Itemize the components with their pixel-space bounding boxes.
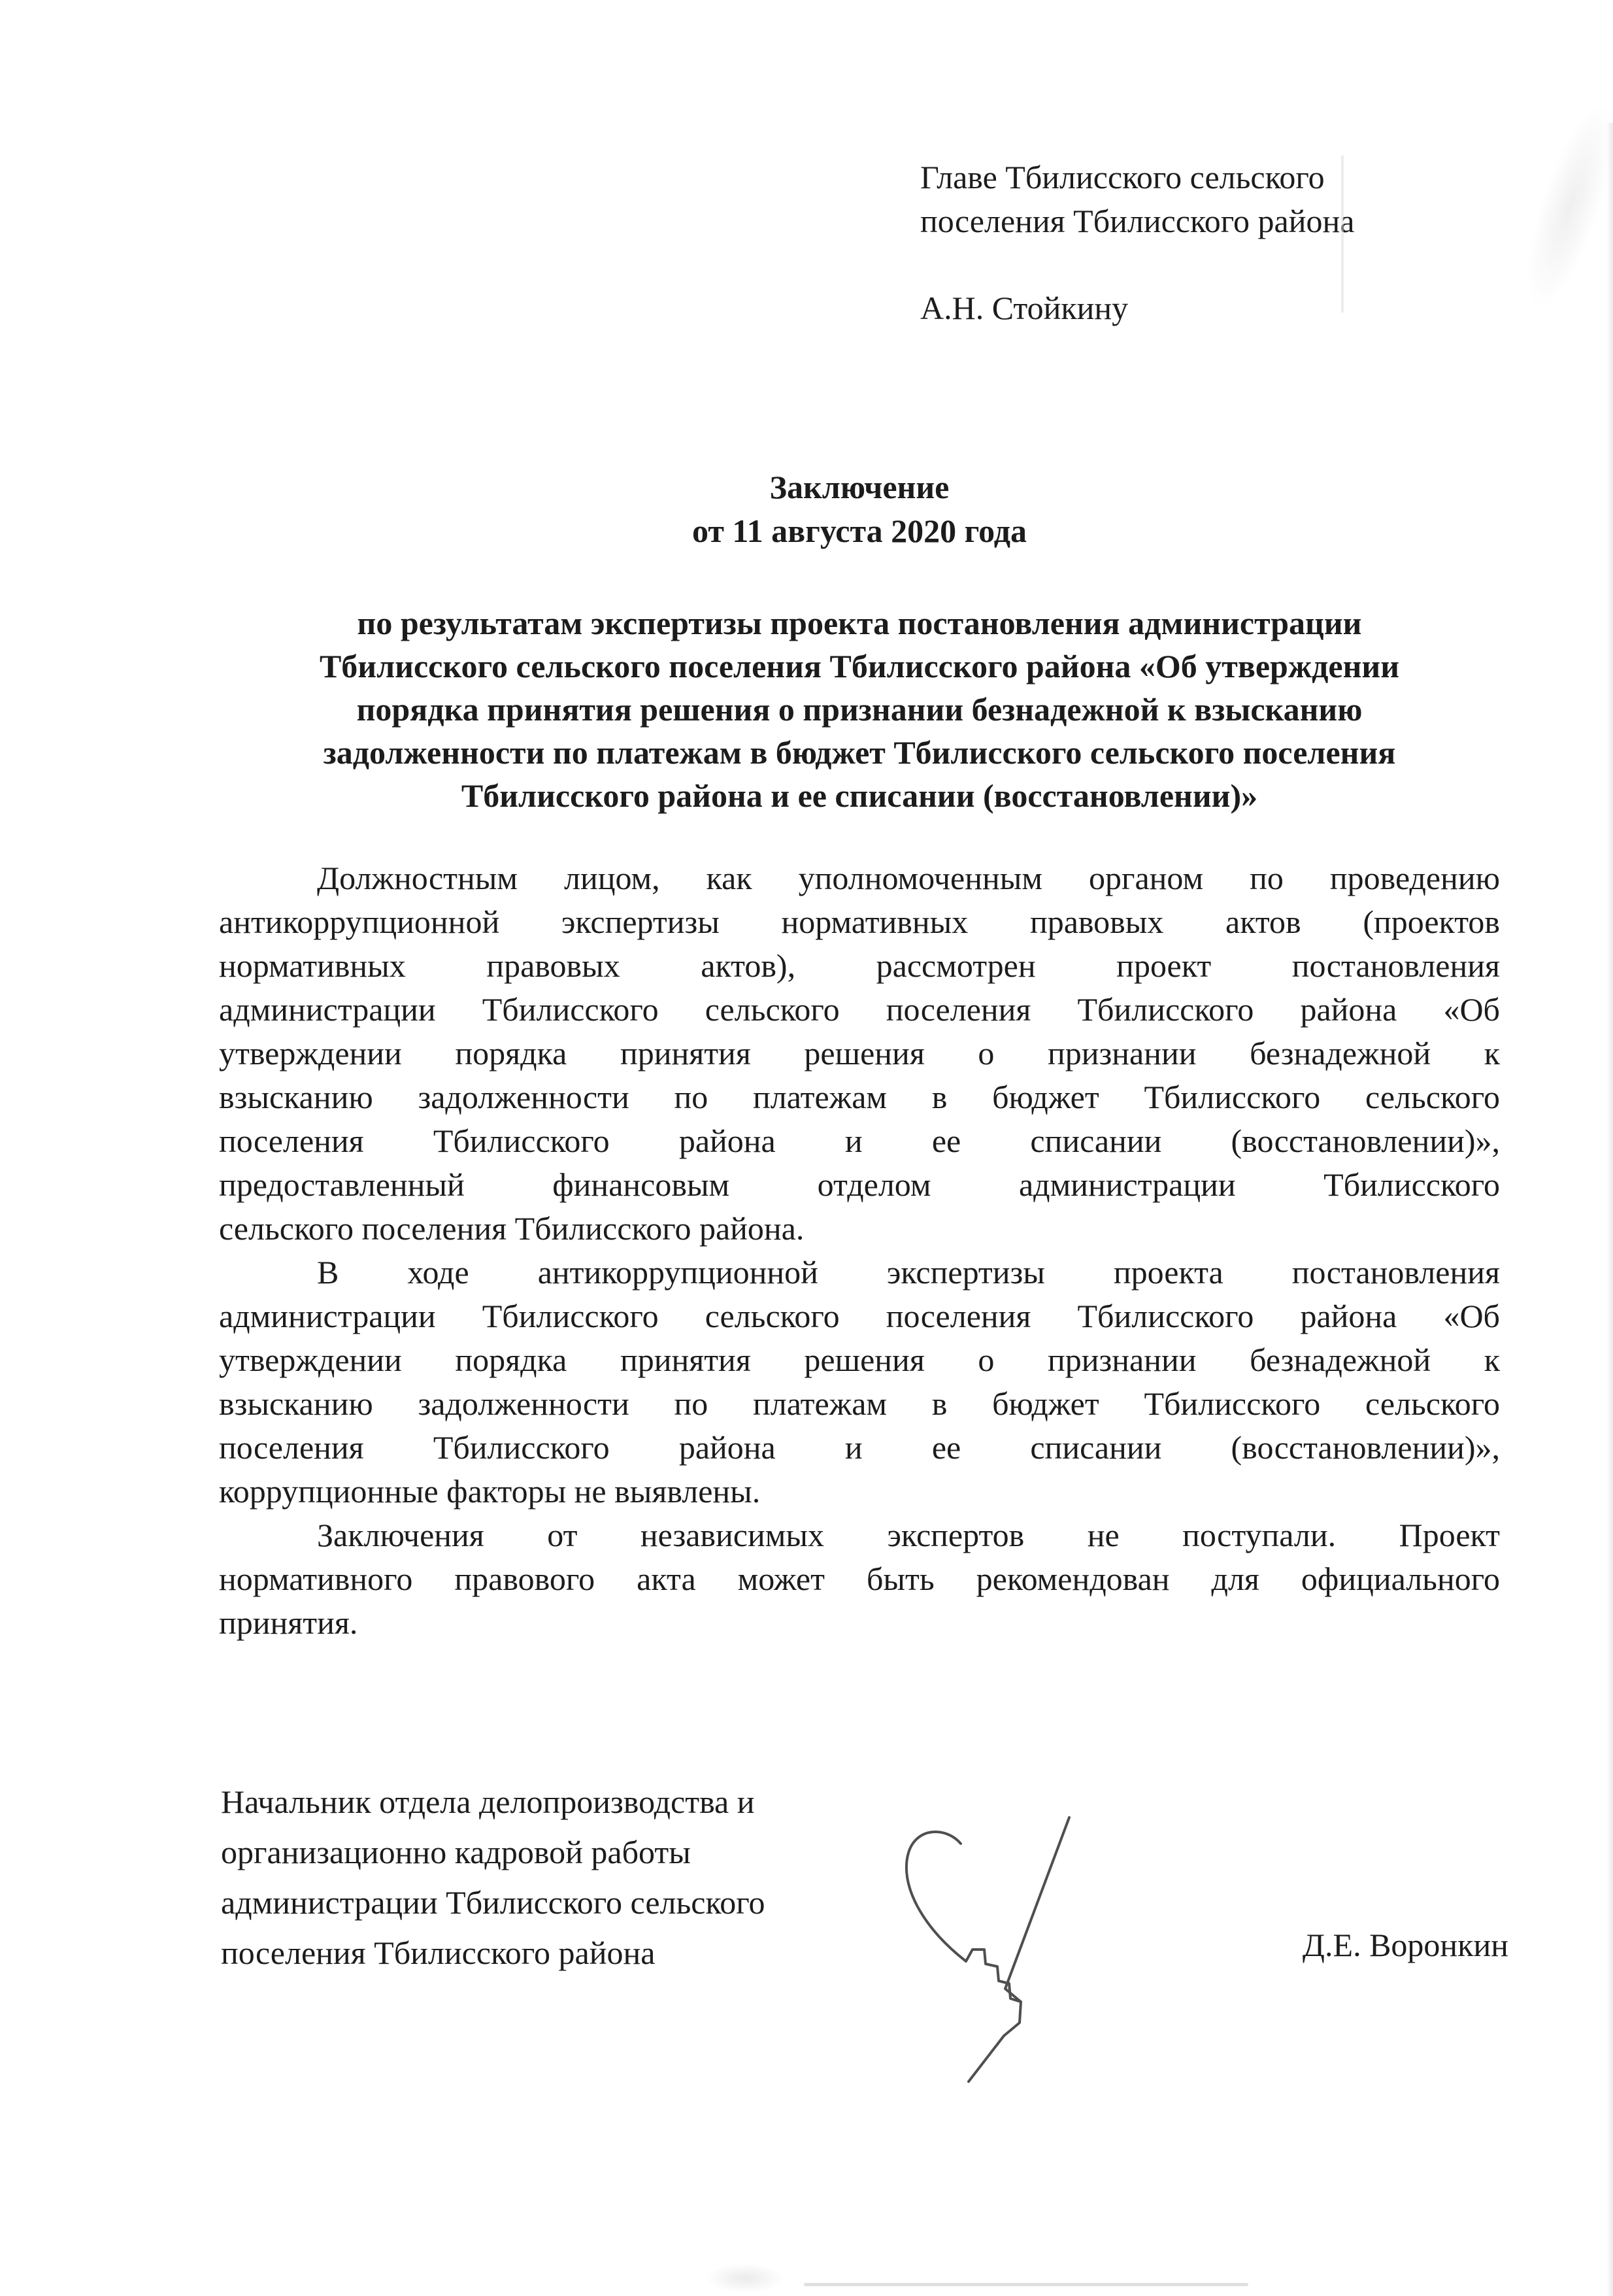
subject-paragraph: по результатам экспертизы проекта постан… bbox=[219, 601, 1500, 817]
signatory-position-line: организационно кадровой работы bbox=[221, 1827, 765, 1878]
body-line: утверждении порядка принятия решения о п… bbox=[219, 1032, 1500, 1075]
scan-artifact-corner bbox=[1509, 94, 1613, 318]
document-title: Заключение от 11 августа 2020 года bbox=[219, 465, 1500, 553]
recipient-line: Главе Тбилисского сельского bbox=[920, 156, 1354, 199]
body-line: взысканию задолженности по платежам в бю… bbox=[219, 1075, 1500, 1119]
scan-artifact-bottom-line bbox=[804, 2283, 1248, 2286]
body-text: Должностным лицом, как уполномоченным ор… bbox=[219, 856, 1500, 1645]
body-line: администрации Тбилисского сельского посе… bbox=[219, 1294, 1500, 1338]
signatory-name: Д.Е. Воронкин bbox=[1303, 1923, 1508, 1967]
body-line: Заключения от независимых экспертов не п… bbox=[219, 1513, 1500, 1557]
scan-artifact-smudge bbox=[706, 2263, 784, 2293]
body-line: антикоррупционной экспертизы нормативных… bbox=[219, 900, 1500, 944]
body-line: принятия. bbox=[219, 1601, 1500, 1645]
body-line: Должностным лицом, как уполномоченным ор… bbox=[219, 856, 1500, 900]
body-line: взысканию задолженности по платежам в бю… bbox=[219, 1382, 1500, 1426]
title-date: от 11 августа 2020 года bbox=[219, 509, 1500, 553]
recipient-addressee: А.Н. Стойкину bbox=[920, 286, 1354, 330]
subject-line: по результатам экспертизы проекта постан… bbox=[219, 601, 1500, 645]
body-line: сельского поселения Тбилисского района. bbox=[219, 1207, 1500, 1251]
body-line: утверждении порядка принятия решения о п… bbox=[219, 1338, 1500, 1382]
body-line: администрации Тбилисского сельского посе… bbox=[219, 988, 1500, 1032]
recipient-line: поселения Тбилисского района bbox=[920, 199, 1354, 243]
handwritten-signature-icon bbox=[869, 1793, 1105, 2087]
subject-line: порядка принятия решения о признании без… bbox=[219, 688, 1500, 731]
signatory-position-line: Начальник отдела делопроизводства и bbox=[221, 1777, 765, 1827]
recipient-block: Главе Тбилисского сельского поселения Тб… bbox=[920, 156, 1354, 330]
body-line: поселения Тбилисского района и ее списан… bbox=[219, 1119, 1500, 1163]
signatory-position-block: Начальник отдела делопроизводства и орга… bbox=[221, 1777, 765, 1978]
title-line: Заключение bbox=[219, 465, 1500, 509]
body-line: коррупционные факторы не выявлены. bbox=[219, 1470, 1500, 1513]
document-page: Главе Тбилисского сельского поселения Тб… bbox=[0, 0, 1613, 2296]
body-line: В ходе антикоррупционной экспертизы прое… bbox=[219, 1251, 1500, 1294]
body-line: предоставленный финансовым отделом админ… bbox=[219, 1163, 1500, 1207]
signatory-position-line: поселения Тбилисского района bbox=[221, 1928, 765, 1978]
signatory-position-line: администрации Тбилисского сельского bbox=[221, 1878, 765, 1928]
subject-line: Тбилисского района и ее списании (восста… bbox=[219, 774, 1500, 817]
body-line: поселения Тбилисского района и ее списан… bbox=[219, 1426, 1500, 1470]
subject-line: Тбилисского сельского поселения Тбилисск… bbox=[219, 645, 1500, 688]
subject-line: задолженности по платежам в бюджет Тбили… bbox=[219, 731, 1500, 774]
scan-artifact-right-edge bbox=[1606, 123, 1613, 2296]
body-line: нормативного правового акта может быть р… bbox=[219, 1557, 1500, 1601]
body-line: нормативных правовых актов), рассмотрен … bbox=[219, 944, 1500, 988]
